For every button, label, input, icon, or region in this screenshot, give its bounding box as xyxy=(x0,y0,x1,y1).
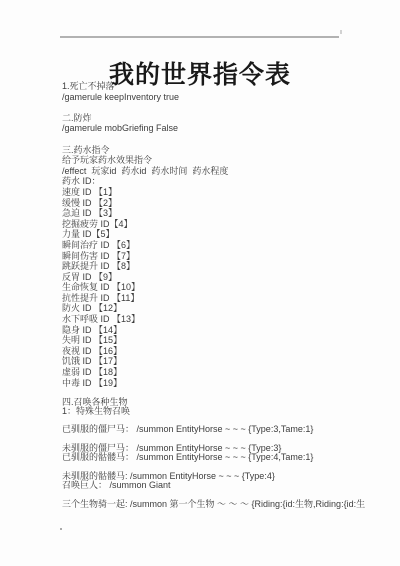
doc-line: /effect 玩家id 药水id 药水时间 药水程度 xyxy=(62,166,365,177)
doc-line: 瞬间伤害 ID 【7】 xyxy=(62,251,365,262)
doc-line: 中毒 ID 【19】 xyxy=(62,378,365,389)
doc-line: 已驯服的僵尸马： /summon EntityHorse ~ ~ ~ {Type… xyxy=(62,425,365,434)
doc-line: 反胃 ID 【9】 xyxy=(62,272,365,283)
doc-line: 水下呼吸 ID 【13】 xyxy=(62,314,365,325)
doc-line: 召唤巨人： /summon Giant xyxy=(62,481,365,490)
doc-line: 缓慢 ID 【2】 xyxy=(62,198,365,209)
doc-line: 防火 ID 【12】 xyxy=(62,303,365,314)
doc-blank-line xyxy=(62,134,365,145)
doc-line: 失明 ID 【15】 xyxy=(62,335,365,346)
page-top-border-tick xyxy=(340,30,342,34)
doc-line: 速度 ID 【1】 xyxy=(62,187,365,198)
doc-line: /gamerule keepInventory true xyxy=(62,92,365,103)
doc-line: 虚弱 ID 【18】 xyxy=(62,367,365,378)
doc-line: 隐身 ID 【14】 xyxy=(62,325,365,336)
doc-line: 1：特殊生物召唤 xyxy=(62,407,365,416)
doc-line: 瞬间治疗 ID 【6】 xyxy=(62,240,365,251)
page-top-border xyxy=(60,36,339,38)
doc-blank-line xyxy=(62,102,365,113)
doc-line: 药水 ID： xyxy=(62,176,365,187)
doc-line: 1.死亡不掉落 xyxy=(62,81,365,92)
doc-line: 抗性提升 ID 【11】 xyxy=(62,293,365,304)
doc-line: 三.药水指令 xyxy=(62,145,365,156)
doc-line: 三个生物骑一起: /summon 第一个生物 ～ ～ ～ {Riding:{id… xyxy=(62,500,365,509)
doc-line: 力量 ID【5】 xyxy=(62,229,365,240)
doc-line: 急迫 ID 【3】 xyxy=(62,208,365,219)
doc-line: /gamerule mobGriefing False xyxy=(62,123,365,134)
doc-line: 给予玩家药水效果指令 xyxy=(62,155,365,166)
doc-line: 已驯服的骷髅马： /summon EntityHorse ~ ~ ~ {Type… xyxy=(62,453,365,462)
doc-line: 生命恢复 ID 【10】 xyxy=(62,282,365,293)
stray-dot xyxy=(60,528,62,530)
doc-line: 跳跃提升 ID 【8】 xyxy=(62,261,365,272)
doc-line: 饥饿 ID 【17】 xyxy=(62,356,365,367)
doc-line: 二.防炸 xyxy=(62,113,365,124)
doc-line: 挖掘疲劳 ID【4】 xyxy=(62,219,365,230)
document-body: 1.死亡不掉落/gamerule keepInventory true 二.防炸… xyxy=(62,81,365,509)
doc-line: 夜视 ID 【16】 xyxy=(62,346,365,357)
